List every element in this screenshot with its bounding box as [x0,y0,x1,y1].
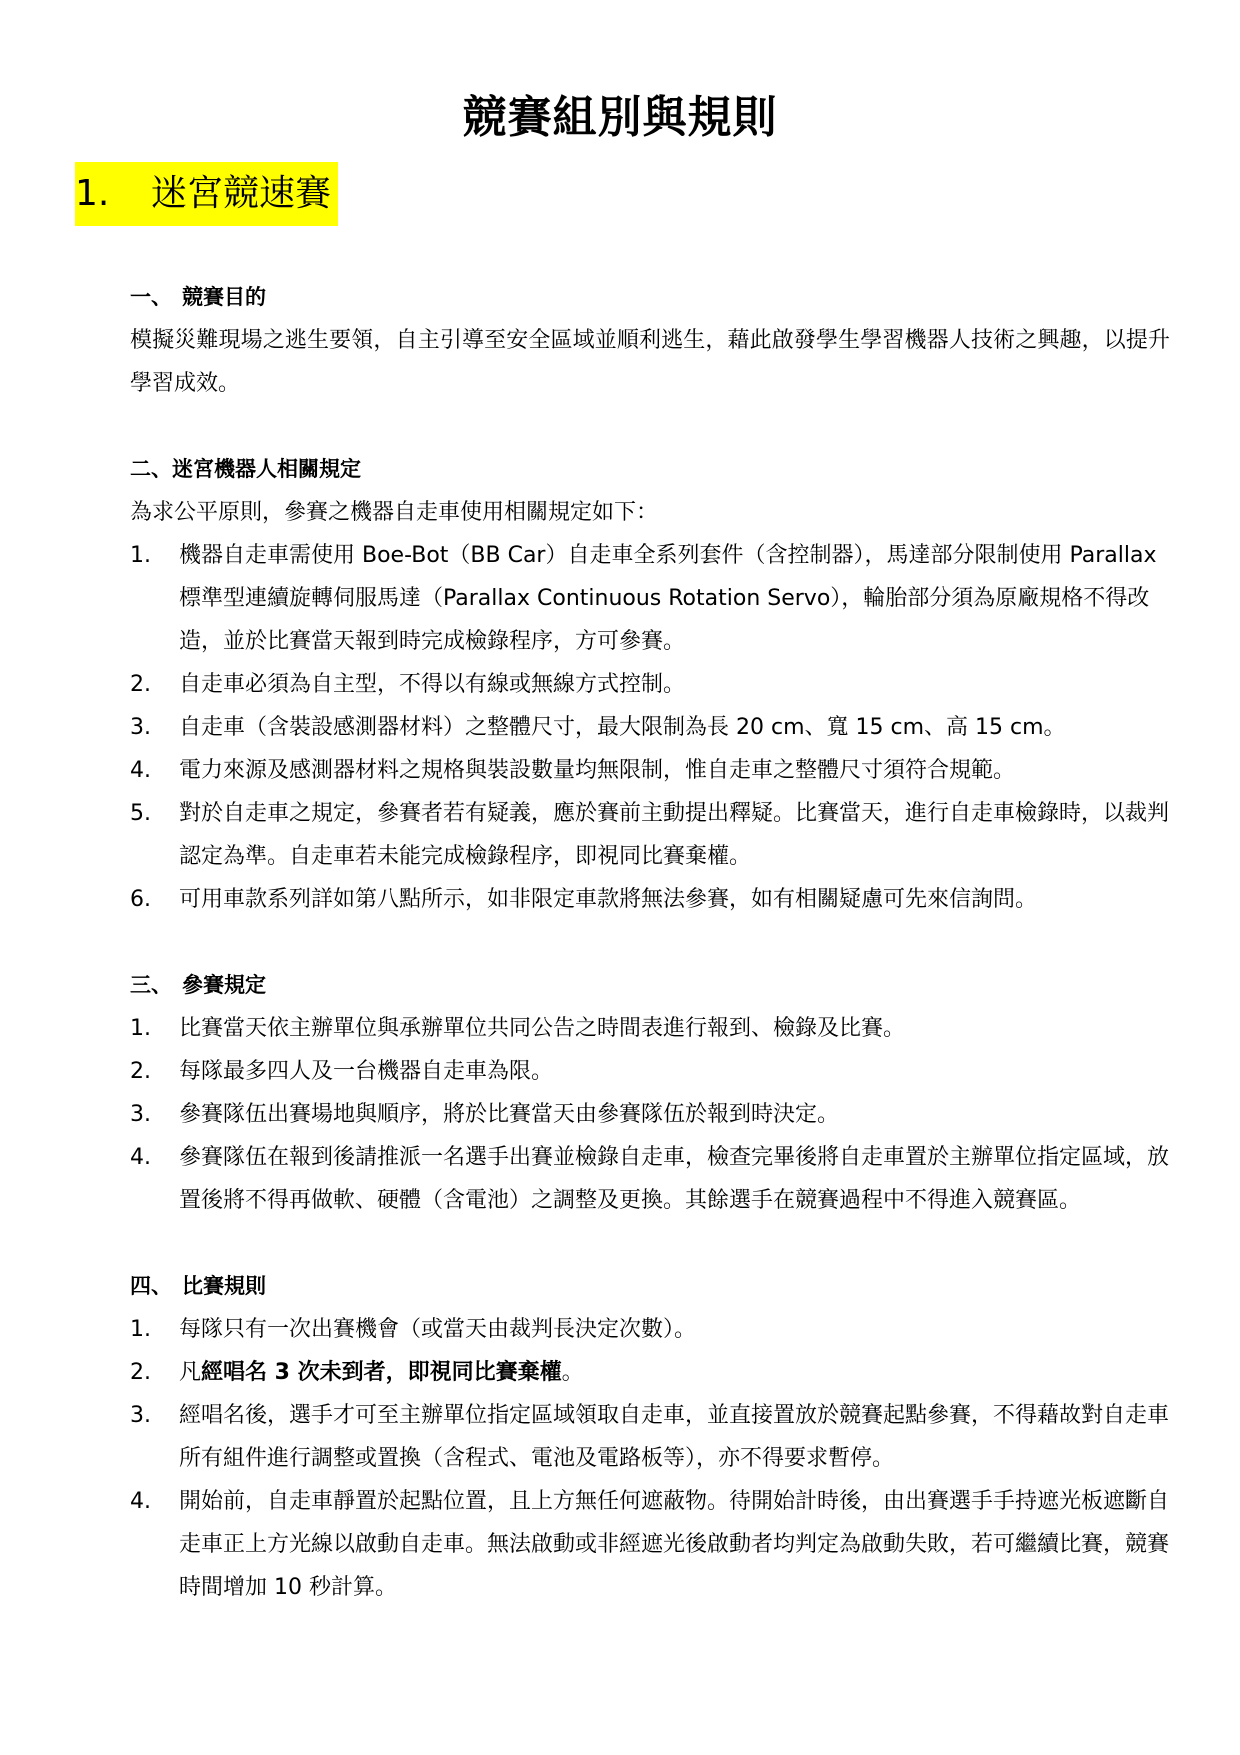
subsection-heading-match-rules: 四、比賽規則 [130,1265,1170,1308]
document-body: 一、競賽目的 模擬災難現場之逃生要領，自主引導至安全區域並順利逃生，藉此啟發學生… [130,276,1170,1609]
list-item: 5.對於自走車之規定，參賽者若有疑義，應於賽前主動提出釋疑。比賽當天，進行自走車… [130,792,1170,878]
subsection-heading-participation: 三、參賽規定 [130,964,1170,1007]
section-label: 迷宮競速賽 [151,162,331,226]
subsection-heading-robot-rules: 二、迷宮機器人相關規定 [130,448,1170,491]
list-item: 4.電力來源及感測器材料之規格與裝設數量均無限制，惟自走車之整體尺寸須符合規範。 [130,749,1170,792]
document-title: 競賽組別與規則 [0,88,1240,148]
list-item: 2.每隊最多四人及一台機器自走車為限。 [130,1050,1170,1093]
list-item: 3.參賽隊伍出賽場地與順序，將於比賽當天由參賽隊伍於報到時決定。 [130,1093,1170,1136]
list-item: 2.自走車必須為自主型，不得以有線或無線方式控制。 [130,663,1170,706]
purpose-paragraph: 模擬災難現場之逃生要領，自主引導至安全區域並順利逃生，藉此啟發學生學習機器人技術… [130,319,1170,405]
section-number: 1. [75,162,151,226]
list-item: 6.可用車款系列詳如第八點所示，如非限定車款將無法參賽，如有相關疑慮可先來信詢問… [130,878,1170,921]
section-heading-highlighted: 1. 迷宮競速賽 [75,162,338,226]
list-item: 1.每隊只有一次出賽機會（或當天由裁判長決定次數）。 [130,1308,1170,1351]
list-item: 3.自走車（含裝設感測器材料）之整體尺寸，最大限制為長 20 cm、寬 15 c… [130,706,1170,749]
robot-rules-list: 1.機器自走車需使用 Boe-Bot（BB Car）自走車全系列套件（含控制器）… [130,534,1170,921]
list-item: 4.開始前，自走車靜置於起點位置，且上方無任何遮蔽物。待開始計時後，由出賽選手手… [130,1480,1170,1609]
list-item: 2.凡經唱名 3 次未到者，即視同比賽棄權。 [130,1351,1170,1394]
list-item: 4.參賽隊伍在報到後請推派一名選手出賽並檢錄自走車，檢查完畢後將自走車置於主辦單… [130,1136,1170,1222]
list-item: 3.經唱名後，選手才可至主辦單位指定區域領取自走車，並直接置放於競賽起點參賽，不… [130,1394,1170,1480]
emphasized-rule-text: 經唱名 3 次未到者，即視同比賽棄權 [201,1360,562,1385]
list-item: 1.比賽當天依主辦單位與承辦單位共同公告之時間表進行報到、檢錄及比賽。 [130,1007,1170,1050]
participation-rules-list: 1.比賽當天依主辦單位與承辦單位共同公告之時間表進行報到、檢錄及比賽。 2.每隊… [130,1007,1170,1222]
match-rules-list: 1.每隊只有一次出賽機會（或當天由裁判長決定次數）。 2.凡經唱名 3 次未到者… [130,1308,1170,1609]
subsection-heading-purpose: 一、競賽目的 [130,276,1170,319]
list-item: 1.機器自走車需使用 Boe-Bot（BB Car）自走車全系列套件（含控制器）… [130,534,1170,663]
robot-rules-intro: 為求公平原則，參賽之機器自走車使用相關規定如下： [130,491,1170,534]
